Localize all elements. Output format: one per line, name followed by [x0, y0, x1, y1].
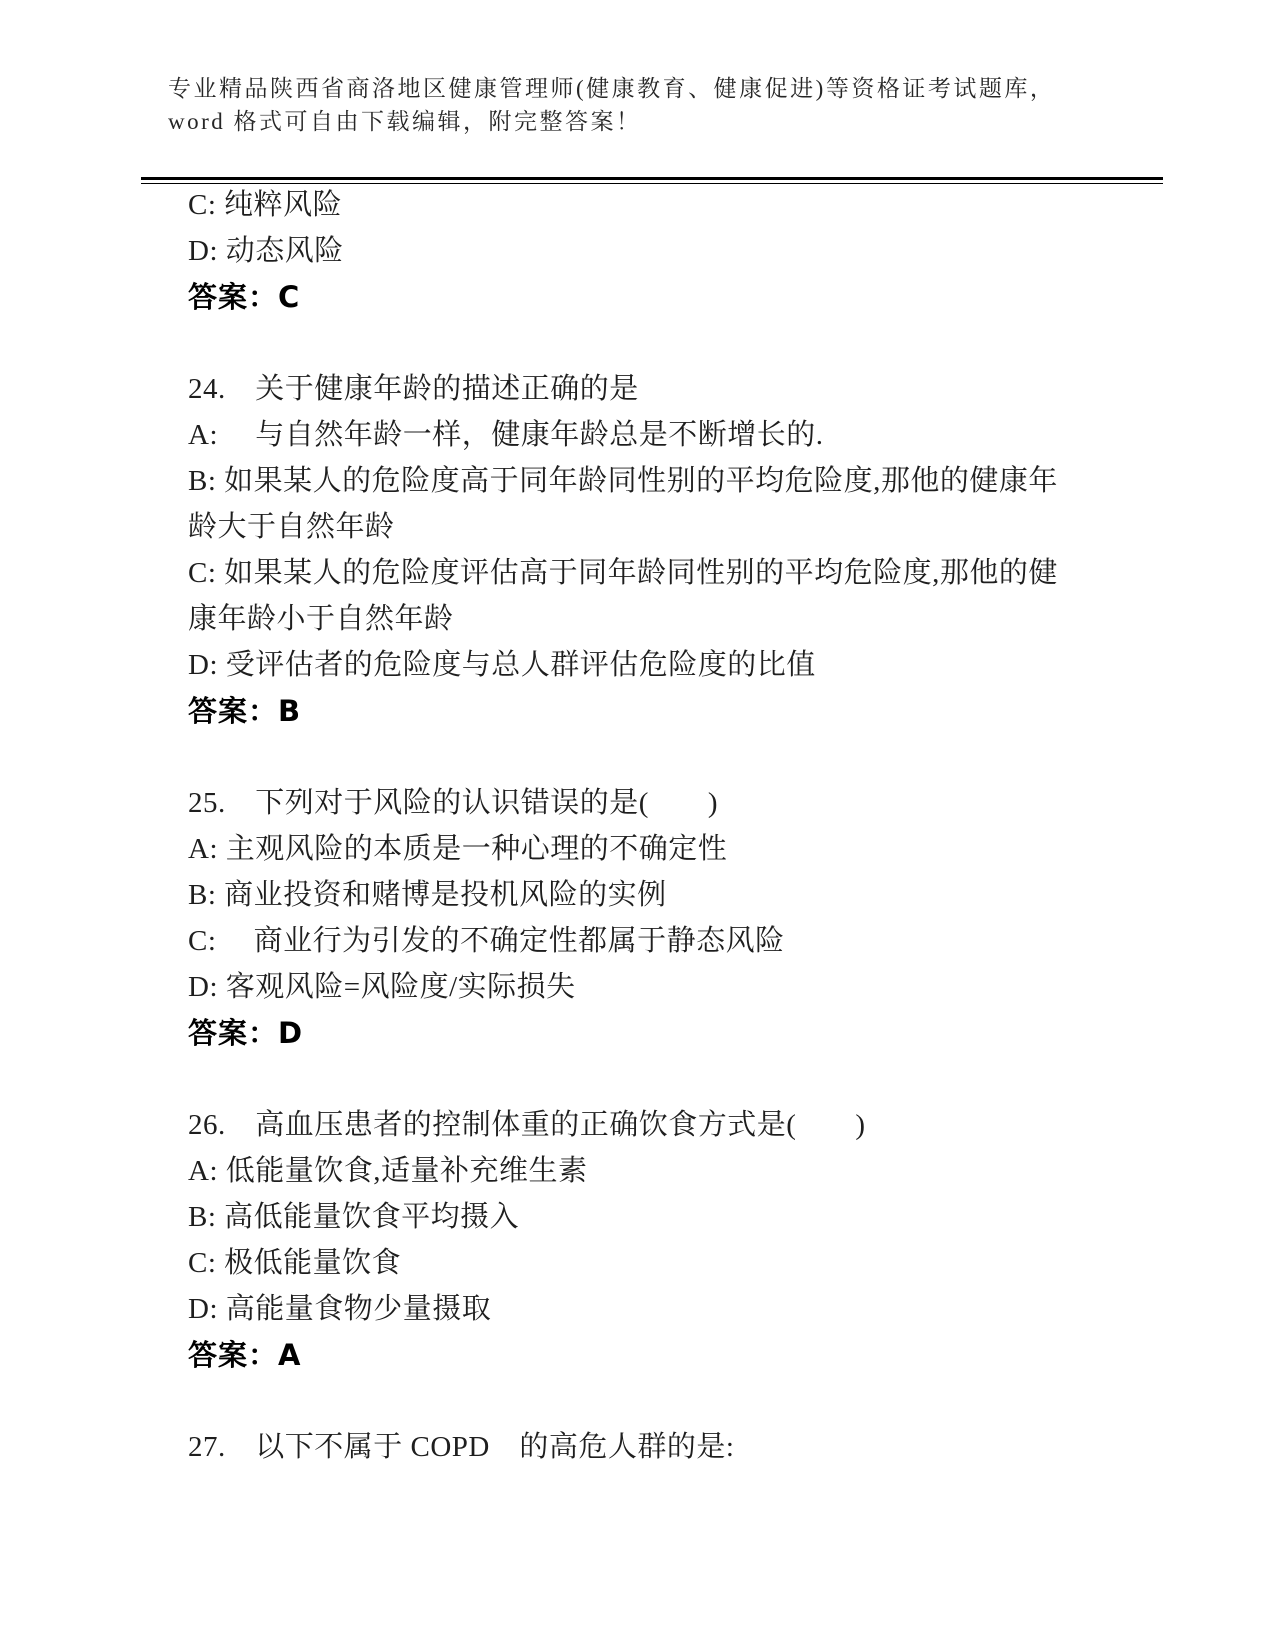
- question-block: 27. 以下不属于 COPD 的高危人群的是:: [188, 1424, 1058, 1470]
- option-continuation-line: 康年龄小于自然年龄: [188, 596, 1058, 642]
- option-line: B: 如果某人的危险度高于同年龄同性别的平均危险度,那他的健康年: [188, 458, 1058, 504]
- header-line-2: word 格式可自由下载编辑，附完整答案！: [168, 105, 1055, 138]
- question-number-line: 27. 以下不属于 COPD 的高危人群的是:: [188, 1424, 1058, 1470]
- option-line: B: 商业投资和赌博是投机风险的实例: [188, 872, 1058, 918]
- option-line: C: 商业行为引发的不确定性都属于静态风险: [188, 918, 1058, 964]
- question-block: 25. 下列对于风险的认识错误的是( )A: 主观风险的本质是一种心理的不确定性…: [188, 780, 1058, 1056]
- header-line-1: 专业精品陕西省商洛地区健康管理师(健康教育、健康促进)等资格证考试题库，: [168, 72, 1055, 105]
- option-line: D: 高能量食物少量摄取: [188, 1286, 1058, 1332]
- answer-line: 答案：D: [188, 1010, 1058, 1056]
- answer-line: 答案：A: [188, 1332, 1058, 1378]
- question-block: 26. 高血压患者的控制体重的正确饮食方式是( )A: 低能量饮食,适量补充维生…: [188, 1102, 1058, 1378]
- question-block: C: 纯粹风险D: 动态风险答案：C: [188, 182, 1058, 320]
- option-line: C: 纯粹风险: [188, 182, 1058, 228]
- answer-line: 答案：B: [188, 688, 1058, 734]
- option-line: C: 如果某人的危险度评估高于同年龄同性别的平均危险度,那他的健: [188, 550, 1058, 596]
- option-continuation-line: 龄大于自然年龄: [188, 504, 1058, 550]
- option-line: A: 低能量饮食,适量补充维生素: [188, 1148, 1058, 1194]
- question-number-line: 24. 关于健康年龄的描述正确的是: [188, 366, 1058, 412]
- answer-line: 答案：C: [188, 274, 1058, 320]
- document-body: C: 纯粹风险D: 动态风险答案：C24. 关于健康年龄的描述正确的是A: 与自…: [188, 182, 1058, 1516]
- option-line: C: 极低能量饮食: [188, 1240, 1058, 1286]
- document-page: 专业精品陕西省商洛地区健康管理师(健康教育、健康促进)等资格证考试题库， wor…: [0, 0, 1275, 1650]
- option-line: D: 受评估者的危险度与总人群评估危险度的比值: [188, 642, 1058, 688]
- question-number-line: 25. 下列对于风险的认识错误的是( ): [188, 780, 1058, 826]
- option-line: B: 高低能量饮食平均摄入: [188, 1194, 1058, 1240]
- option-line: D: 客观风险=风险度/实际损失: [188, 964, 1058, 1010]
- option-line: A: 主观风险的本质是一种心理的不确定性: [188, 826, 1058, 872]
- question-number-line: 26. 高血压患者的控制体重的正确饮食方式是( ): [188, 1102, 1058, 1148]
- page-header: 专业精品陕西省商洛地区健康管理师(健康教育、健康促进)等资格证考试题库， wor…: [168, 72, 1055, 138]
- question-block: 24. 关于健康年龄的描述正确的是A: 与自然年龄一样，健康年龄总是不断增长的.…: [188, 366, 1058, 734]
- option-line: D: 动态风险: [188, 228, 1058, 274]
- option-line: A: 与自然年龄一样，健康年龄总是不断增长的.: [188, 412, 1058, 458]
